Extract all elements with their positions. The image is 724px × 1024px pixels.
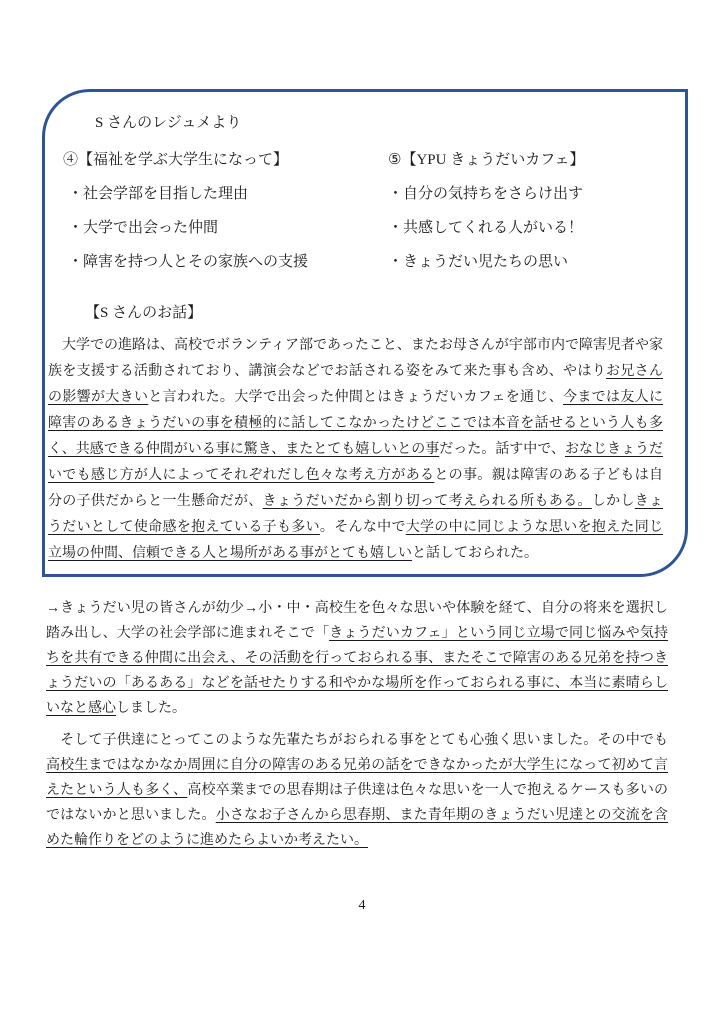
bullet-item: ・障害を持つ人とその家族への支援 [68, 252, 388, 272]
resume-columns: ④【福祉を学ぶ大学生になって】 ・社会学部を目指した理由 ・大学で出会った仲間 … [45, 150, 685, 272]
body-paragraph-1: →きょうだい児の皆さんが幼少→小・中・高校生を色々な思いや体験を経て、自分の将来… [46, 596, 668, 721]
bullet-item: ・自分の気持ちをさらけ出す [388, 184, 685, 204]
body-paragraph-2: そして子供達にとってこのような先輩たちがおられる事をとても心強く思いました。その… [46, 728, 668, 853]
section-heading-5: ⑤【YPU きょうだいカフェ】 [388, 150, 685, 170]
resume-summary-box: S さんのレジュメより ④【福祉を学ぶ大学生になって】 ・社会学部を目指した理由… [42, 89, 688, 577]
document-page: S さんのレジュメより ④【福祉を学ぶ大学生になって】 ・社会学部を目指した理由… [0, 0, 724, 1024]
talk-paragraph: 大学での進路は、高校でボランティア部であったこと、またお母さんが宇部市内で障害児… [48, 333, 663, 567]
section-heading-4: ④【福祉を学ぶ大学生になって】 [63, 150, 388, 170]
bullet-item: ・共感してくれる人がいる！ [388, 218, 685, 238]
talk-section-heading: 【S さんのお話】 [85, 303, 685, 323]
resume-column-left: ④【福祉を学ぶ大学生になって】 ・社会学部を目指した理由 ・大学で出会った仲間 … [63, 150, 388, 272]
page-number: 4 [0, 898, 724, 914]
resume-column-right: ⑤【YPU きょうだいカフェ】 ・自分の気持ちをさらけ出す ・共感してくれる人が… [388, 150, 685, 272]
bullet-item: ・大学で出会った仲間 [68, 218, 388, 238]
bullet-item: ・きょうだい児たちの思い [388, 252, 685, 272]
resume-box-title: S さんのレジュメより [95, 113, 685, 133]
body-text-block: →きょうだい児の皆さんが幼少→小・中・高校生を色々な思いや体験を経て、自分の将来… [46, 596, 668, 860]
bullet-item: ・社会学部を目指した理由 [68, 184, 388, 204]
